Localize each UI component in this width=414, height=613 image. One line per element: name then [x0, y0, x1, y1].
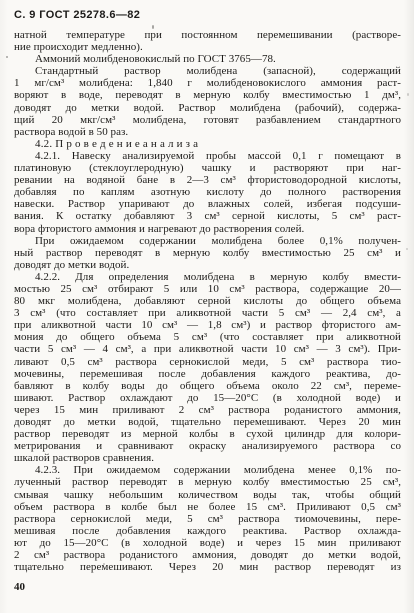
text-line: 80 мкг молибдена, добавляют серной кисло…: [14, 295, 401, 307]
text-line: вания. К остатку добавляют 3 см³ серной …: [14, 210, 401, 222]
text-line: Аммоний молибденовокислый по ГОСТ 3765—7…: [14, 53, 401, 65]
text-line: доводят до метки водой.: [14, 259, 401, 271]
scan-artifact: [152, 25, 154, 29]
text-line: навески. Раствор упаривают до влажных со…: [14, 198, 401, 210]
text-line: натной температуре при постоянном переме…: [14, 29, 401, 41]
text-line: воряют в воде, переводят в мерную колбу …: [14, 89, 401, 101]
text-line: шивают. Раствор охлаждают до 15—20°С (в …: [14, 392, 401, 404]
text-line: при аликвотной части 10 см³ — 1,8 см³) и…: [14, 319, 401, 331]
scan-artifact: [407, 93, 409, 96]
section-heading: 4.2. П р о в е д е н и е а н а л и з а: [14, 138, 401, 150]
text-line: ревании на водяной бане в 2—3 см³ фторис…: [14, 174, 401, 186]
text-line: 1 мг/см³ молибдена: 1,840 г молибденовок…: [14, 77, 401, 89]
text-line: При ожидаемом содержании молибдена более…: [14, 235, 401, 247]
text-line: доводят до метки водой. Раствор молибден…: [14, 102, 401, 114]
text-line: 4.2.2. Для определения молибдена в мерну…: [14, 271, 401, 283]
text-line: ливают 0,5 см³ раствора сернокислой меди…: [14, 356, 401, 368]
text-line: смывая чашку небольшим количеством воды …: [14, 489, 401, 501]
text-line: части 5 см³ — 4 см³, а при аликвотной ча…: [14, 343, 401, 355]
text-line: раствора водой в 50 раз.: [14, 126, 401, 138]
text-line: метрирования и сравнивают окраску анализ…: [14, 440, 401, 452]
text-line: раствор переводят из мерной колбы в сухо…: [14, 428, 401, 440]
text-line: объем раствора в колбе был не более 15 с…: [14, 501, 401, 513]
scan-artifact: [6, 56, 8, 58]
text-line: 4.2.3. При ожидаемом содержании молибден…: [14, 464, 401, 476]
text-line: ют до 15—20°С (в холодной воде) и через …: [14, 537, 401, 549]
text-line: 2 см³ раствора роданистого аммония, дово…: [14, 549, 401, 561]
text-line: мешивая после добавления каждого реактив…: [14, 525, 401, 537]
text-line: раствора сернокислой меди, 5 см³ раствор…: [14, 513, 401, 525]
page-number: 40: [14, 581, 25, 593]
text-line: щий 20 мкг/см³ молибдена, готовят разбав…: [14, 114, 401, 126]
text-line: 3 см³ (что составляет при аликвотной час…: [14, 307, 401, 319]
text-line: шкалой растворов сравнения.: [14, 452, 401, 464]
document-body: натной температуре при постоянном переме…: [14, 29, 401, 573]
text-line: мочевины, перемешивая после добавления к…: [14, 368, 401, 380]
document-page: С. 9 ГОСТ 25278.6—82 натной температуре …: [0, 0, 414, 613]
text-line: Стандартный раствор молибдена (запасной)…: [14, 65, 401, 77]
text-line: вора фтористого аммония и нагревают до р…: [14, 223, 401, 235]
scan-artifact: [103, 563, 105, 565]
text-line: 4.2.1. Навеску анализируемой пробы массо…: [14, 150, 401, 162]
text-line: ный раствор переводят в мерную колбу вме…: [14, 247, 401, 259]
running-header: С. 9 ГОСТ 25278.6—82: [14, 9, 140, 21]
text-line: доводят до метки водой, тщательно переме…: [14, 416, 401, 428]
text-line: через 15 мин приливают 2 см³ раствора ро…: [14, 404, 401, 416]
text-line: добавляя по каплям азотную кислоту до по…: [14, 186, 401, 198]
text-line: бавляют в колбу воды до общего объема ок…: [14, 380, 401, 392]
text-line: ние происходит медленно).: [14, 41, 401, 53]
text-line: лученный раствор переводят в мерную колб…: [14, 476, 401, 488]
text-line: мостью 25 см³ отбирают 5 или 10 см³ раст…: [14, 283, 401, 295]
text-line: платиновую (стеклоуглеродную) чашку и ра…: [14, 162, 401, 174]
text-line: тщательно перемешивают. Через 20 мин рас…: [14, 561, 401, 573]
scan-artifact: [406, 248, 408, 250]
text-line: мония до общего объема 5 см³ (что состав…: [14, 331, 401, 343]
